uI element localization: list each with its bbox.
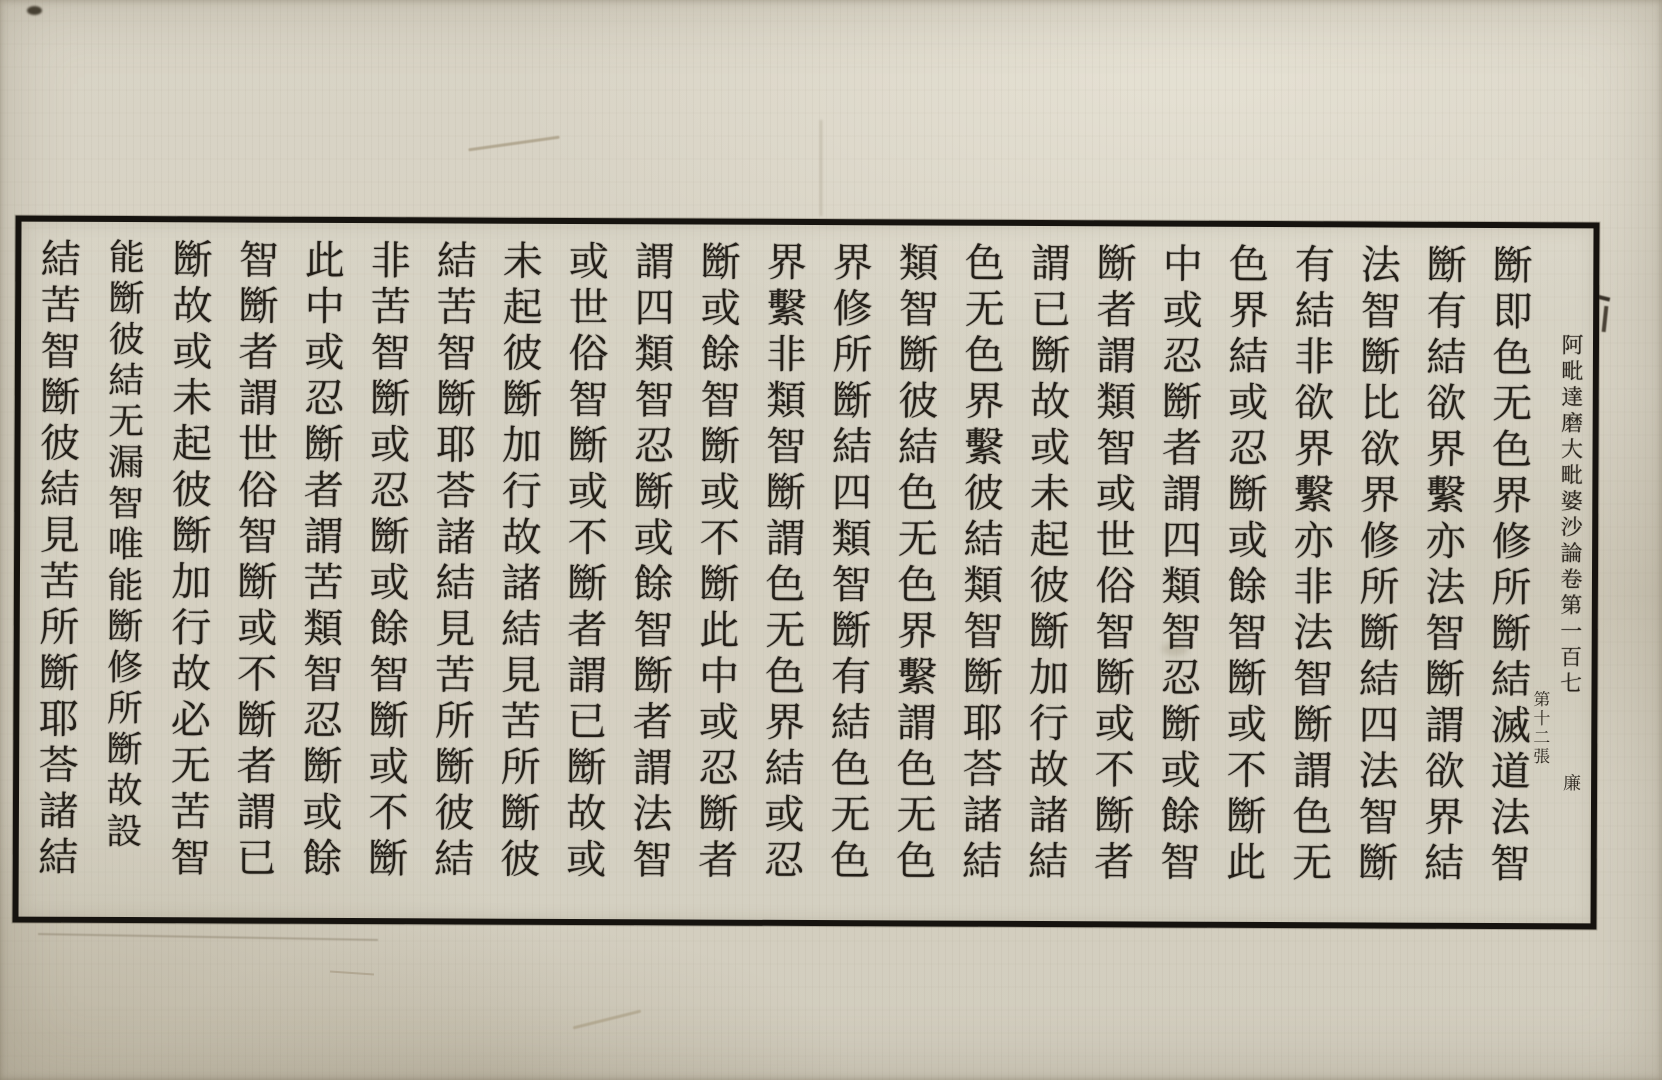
text-column: 㫁者謂類智或世俗智㫁或不㫁者: [1089, 242, 1136, 886]
text-column: 謂四類智忍㫁或餘智㫁者謂法智: [627, 240, 674, 884]
paper-fiber: [573, 1010, 642, 1030]
text-column: 能㫁彼結无漏智唯能㫁修所㫁故設: [99, 238, 146, 853]
text-column: 非苦智㫁或忍㫁或餘智㫁或不㫁: [363, 239, 410, 883]
text-column: 色无色界繫彼結類智㫁耶荅諸結: [957, 242, 1004, 886]
corner-fold-mark: [1602, 306, 1609, 332]
text-columns: 㫁即色无色界修所㫁結滅道法智㫁有結欲界繫亦法智㫁謂欲界結法智㫁比欲界修所㫁結四法…: [18, 222, 1593, 924]
text-column: 或世俗智㫁或不㫁者謂已㫁故或: [561, 240, 608, 884]
text-column: 智㫁者謂世俗智㫁或不㫁者謂已: [231, 238, 278, 882]
text-column: 結苦智㫁彼結見苦所㫁耶荅諸結: [33, 238, 80, 882]
text-column: 㫁故或未起彼㫁加行故必无苦智: [165, 238, 212, 882]
paper-crease: [38, 933, 378, 941]
text-column: 界修所㫁結四類智㫁有結色无色: [825, 241, 872, 885]
text-column: 未起彼㫁加行故諸結見苦所㫁彼: [495, 240, 542, 884]
paper-fiber: [468, 136, 560, 152]
text-column: 㫁有結欲界繫亦法智㫁謂欲界結: [1419, 244, 1466, 888]
text-column: 色界結或忍㫁或餘智㫁或不㫁此: [1221, 243, 1268, 887]
text-frame: 阿毗達磨大毗婆沙論卷第一百七 第十二張 廉 㫁即色无色界修所㫁結滅道法智㫁有結欲…: [12, 216, 1599, 930]
paper-crease: [820, 120, 822, 216]
text-column: 謂已㫁故或未起彼㫁加行故諸結: [1023, 242, 1070, 886]
paper-fiber: [330, 970, 374, 975]
text-column: 中或忍㫁者謂四類智忍㫁或餘智: [1155, 243, 1202, 887]
text-column: 㫁即色无色界修所㫁結滅道法智: [1485, 244, 1532, 888]
text-column: 法智㫁比欲界修所㫁結四法智㫁: [1353, 243, 1400, 887]
page: 阿毗達磨大毗婆沙論卷第一百七 第十二張 廉 㫁即色无色界修所㫁結滅道法智㫁有結欲…: [0, 0, 1662, 1080]
text-column: 界繫非類智㫁謂色无色界結或忍: [759, 241, 806, 885]
ink-speck-stain: [27, 6, 42, 15]
text-column: 此中或忍㫁者謂苦類智忍㫁或餘: [297, 239, 344, 883]
text-column: 結苦智㫁耶荅諸結見苦所㫁彼結: [429, 239, 476, 883]
text-column: 類智㫁彼結色无色界繫謂色无色: [891, 241, 938, 885]
text-column: 㫁或餘智㫁或不㫁此中或忍㫁者: [693, 241, 740, 885]
text-column: 有結非欲界繫亦非法智㫁謂色无: [1287, 243, 1334, 887]
